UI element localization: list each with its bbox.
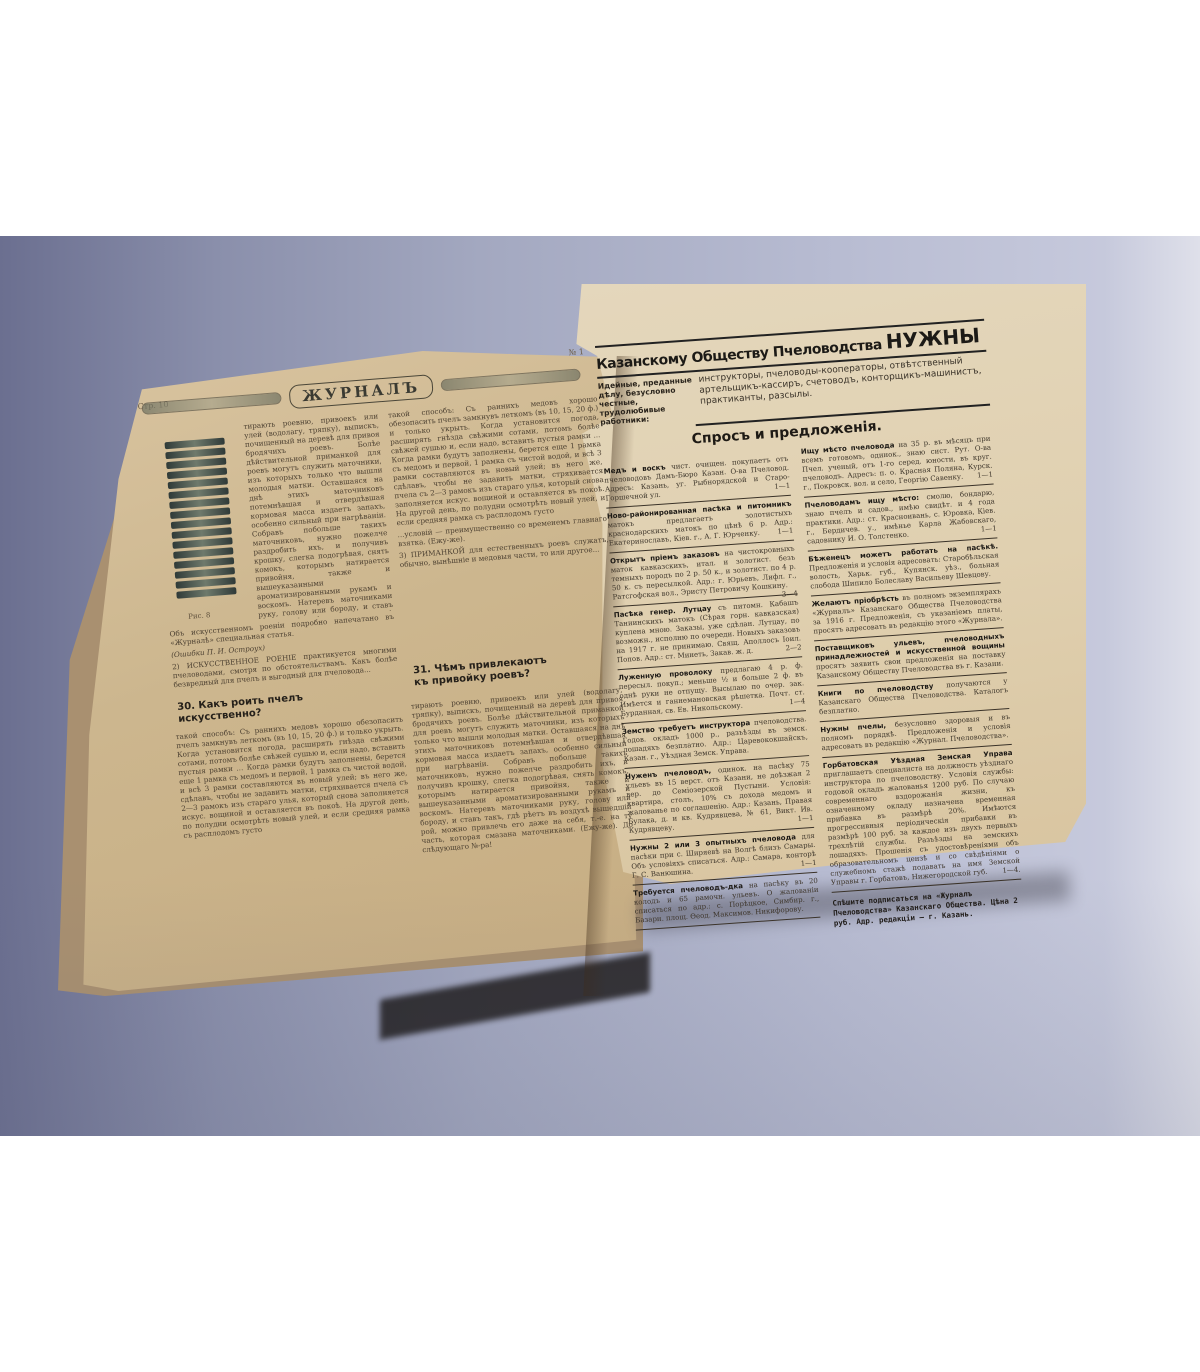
issue-number: № 1 (568, 347, 584, 357)
banner-qualities: Идейные, преданные дѣлу, безусловно чест… (598, 375, 696, 427)
classified-ad: Нуженъ пчеловодъ, одинок. на пасѣку 75 у… (625, 756, 815, 841)
classified-ad: Требуется пчеловодъ-дка на пасѣку въ 20 … (633, 873, 821, 931)
photograph: Стр. 10 № 1 ЖУРНАЛЪ Рис. 8 тирають роевн… (0, 236, 1200, 1136)
question-31-body: тирають роевню, привоекъ или улей (водол… (411, 685, 636, 871)
ad-text: на пасѣку въ 20 колодъ и 65 рамочн. улье… (634, 877, 820, 925)
ad-index: 1—1 (981, 524, 998, 534)
filler-text: такой способъ: Съ раннихъ медовъ хорошо … (388, 394, 607, 527)
ads-left-column: Медъ и воскъ чист. очищен. покупаетъ отъ… (603, 451, 820, 931)
banner-title-emphasis: НУЖНЫ (885, 323, 981, 354)
ornament-right-icon (440, 368, 580, 391)
ad-index: 1—1 (777, 527, 794, 537)
ad-text: въ полномъ экземплярахъ «Журналъ» Казанс… (812, 587, 1003, 635)
question-31-heading: 31. Чѣмъ привлекаютъ къ привойку роевъ? (413, 654, 564, 690)
journal-title: ЖУРНАЛЪ (288, 374, 434, 409)
right-page-content: Казанскому Обществу Пчеловодства НУЖНЫ И… (595, 319, 1026, 945)
figure-caption: Рис. 8 (188, 611, 211, 621)
left-page-content: Стр. 10 № 1 ЖУРНАЛЪ Рис. 8 тирають роевн… (140, 350, 643, 944)
subscription-note: Спѣшите подписаться на «Журналъ Пчеловод… (832, 886, 1024, 929)
ornament-left-icon (141, 392, 281, 415)
ad-index: 1—1 (977, 471, 994, 481)
classified-ad: Горбатовская Уѣздная Земская Управа приг… (822, 745, 1021, 893)
left-column-top-text: тирають роевню, привоекъ или улей (водол… (243, 411, 393, 621)
ad-index: 1—4 (789, 697, 806, 707)
paragraph: такой способъ: Съ раннихъ медовъ хорошо … (175, 714, 411, 840)
ads-right-column: Ищу мѣсто пчеловода на 35 р. въ мѣсяцъ п… (800, 431, 1023, 929)
hive-frames-illustration (164, 438, 236, 602)
question-30-body: такой способъ: Съ раннихъ медовъ хорошо … (175, 714, 417, 916)
filler-text: тирають роевню, привоекъ или улей (водол… (243, 411, 393, 621)
book-bottom-shadow (380, 952, 650, 1040)
ad-index: 1—1 (774, 482, 791, 492)
ad-index: 2—2 (785, 643, 802, 653)
ad-index: 1—4. (1002, 866, 1021, 876)
ad-index: 1—1 (800, 859, 817, 869)
ad-index: 1—1 (797, 814, 814, 824)
right-column-top-text: такой способъ: Съ раннихъ медовъ хорошо … (388, 394, 616, 650)
ad-lead: Требуется пчеловодъ-дка (633, 882, 749, 898)
ad-text: приглашаетъ специалиста на должность уѣз… (823, 758, 1020, 887)
banner-positions: инструкторы, пчеловоды-кооператоры, отвѣ… (692, 355, 989, 420)
left-column-intro: Объ искусственномъ роеніи подробно напеч… (169, 612, 399, 699)
paragraph: тирають роевню, привоекъ или улей (водол… (411, 685, 634, 854)
ad-text: чист. очищен. покупаетъ отъ пчеловодовъ … (604, 455, 790, 503)
right-page-shadow (639, 871, 1070, 931)
